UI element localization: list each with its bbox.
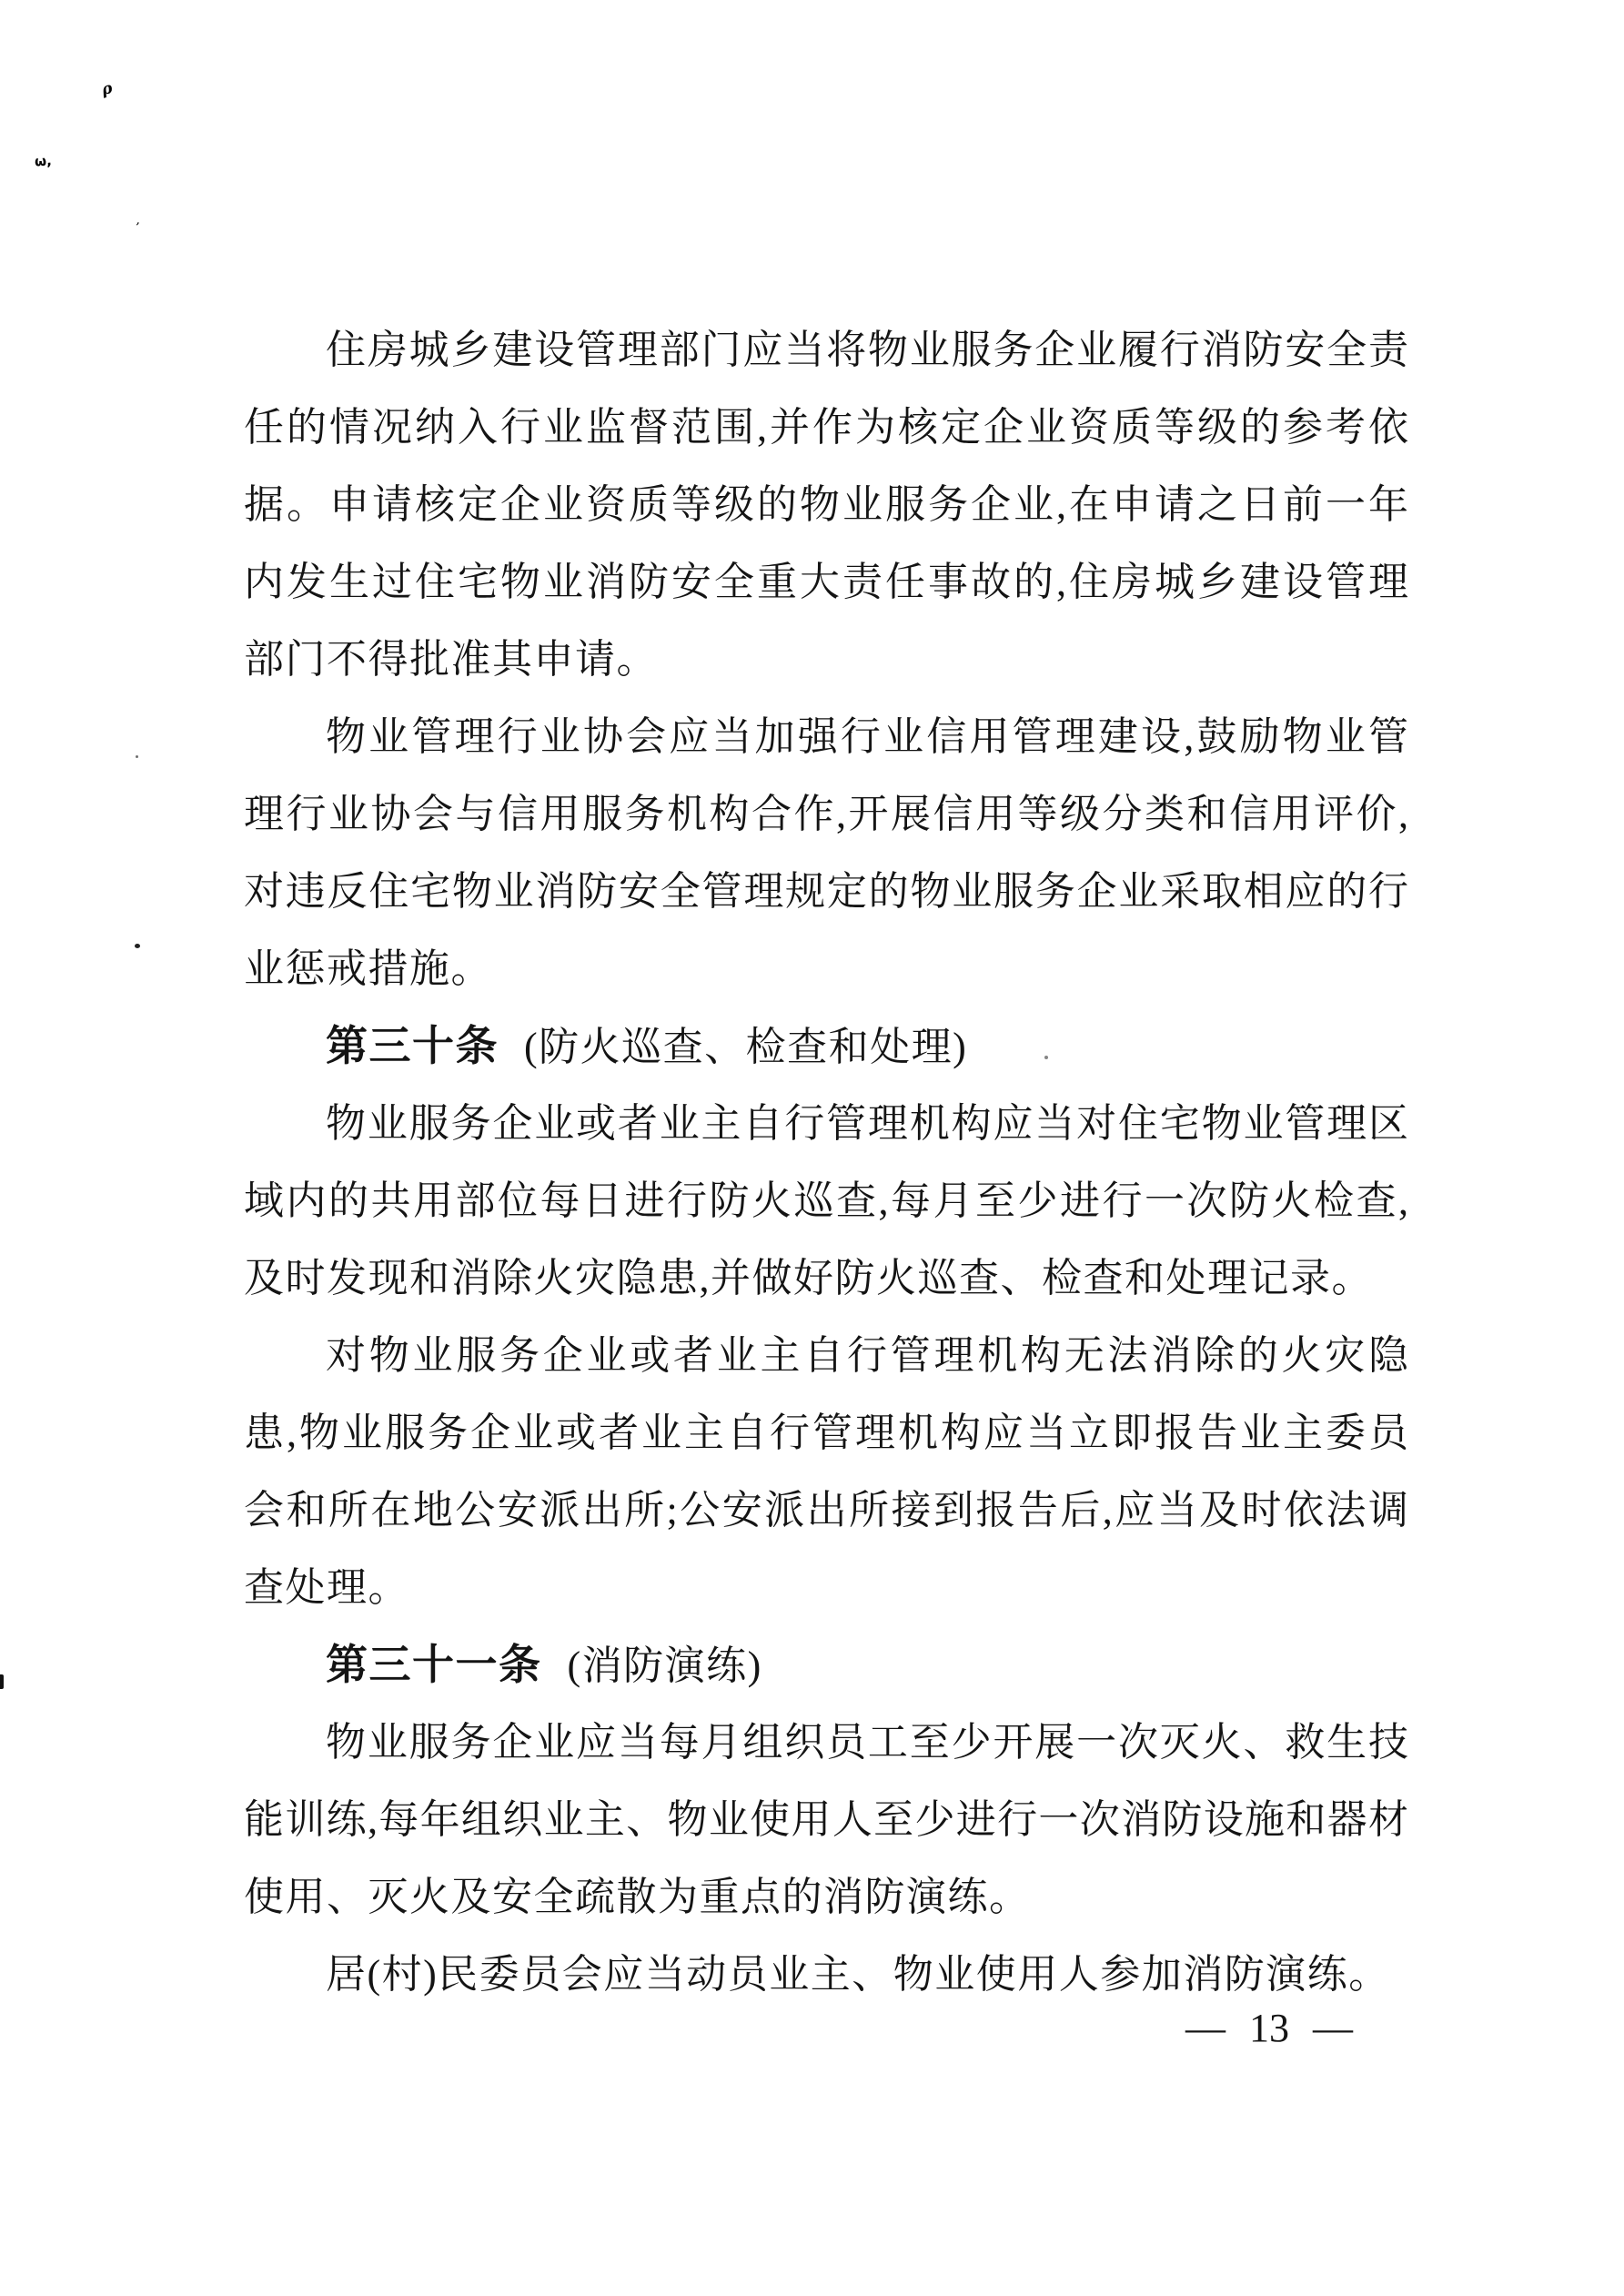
- article-subtitle: (消防演练): [568, 1644, 762, 1688]
- scan-speck: [135, 944, 140, 948]
- article-heading-31: 第三十一条(消防演练): [244, 1626, 1408, 1704]
- article-subtitle: (防火巡查、检查和处理): [524, 1025, 967, 1069]
- text-line: 患,物业服务企业或者业主自行管理机构应当立即报告业主委员: [244, 1394, 1408, 1472]
- text-line: 物业管理行业协会应当加强行业信用管理建设,鼓励物业管: [244, 698, 1408, 775]
- scanned-document-page: { "page": { "background": "#ffffff", "te…: [0, 0, 1624, 2296]
- text-line: 部门不得批准其申请。: [244, 621, 1408, 698]
- text-line: 会和所在地公安派出所;公安派出所接到报告后,应当及时依法调: [244, 1472, 1408, 1549]
- article-number: 第三十条: [326, 1022, 499, 1069]
- page-footer: — 13 —: [1185, 2000, 1353, 2055]
- text-line: 据。申请核定企业资质等级的物业服务企业,在申请之日前一年: [244, 466, 1408, 543]
- text-line: 查处理。: [244, 1549, 1408, 1626]
- text-line: 物业服务企业应当每月组织员工至少开展一次灭火、救生技: [244, 1704, 1408, 1781]
- text-line: 域内的共用部位每日进行防火巡查,每月至少进行一次防火检查,: [244, 1162, 1408, 1239]
- text-line: 能训练,每年组织业主、物业使用人至少进行一次消防设施和器材: [244, 1781, 1408, 1858]
- scan-speck: [136, 755, 138, 758]
- document-sheet: ρ ω, , 住房城乡建设管理部门应当将物业服务企业履行消防安全责 任的情况纳入…: [0, 0, 1624, 2296]
- text-line: 理行业协会与信用服务机构合作,开展信用等级分类和信用评价,: [244, 775, 1408, 853]
- text-line: 对物业服务企业或者业主自行管理机构无法消除的火灾隐: [244, 1317, 1408, 1394]
- text-line: 使用、灭火及安全疏散为重点的消防演练。: [244, 1858, 1408, 1936]
- text-line: 任的情况纳入行业监督范围,并作为核定企业资质等级的参考依: [244, 389, 1408, 466]
- text-line: 对违反住宅物业消防安全管理规定的物业服务企业采取相应的行: [244, 853, 1408, 930]
- footer-right-dash: —: [1313, 2005, 1353, 2051]
- article-number: 第三十一条: [326, 1641, 542, 1688]
- scan-ink-mark-squiggle: ω,: [34, 152, 52, 169]
- page-number: 13: [1249, 2005, 1289, 2051]
- text-line: 及时发现和消除火灾隐患,并做好防火巡查、检查和处理记录。: [244, 1239, 1408, 1317]
- scan-edge-mark: [0, 1674, 4, 1689]
- article-heading-30: 第三十条(防火巡查、检查和处理): [244, 1007, 1408, 1085]
- document-body: 住房城乡建设管理部门应当将物业服务企业履行消防安全责 任的情况纳入行业监督范围,…: [244, 311, 1408, 2013]
- scan-ink-mark-tick: ,: [136, 213, 142, 228]
- footer-left-dash: —: [1185, 2005, 1226, 2051]
- text-line: 住房城乡建设管理部门应当将物业服务企业履行消防安全责: [244, 311, 1408, 389]
- text-line: 物业服务企业或者业主自行管理机构应当对住宅物业管理区: [244, 1085, 1408, 1162]
- text-line: 内发生过住宅物业消防安全重大责任事故的,住房城乡建设管理: [244, 543, 1408, 621]
- text-line: 业惩戒措施。: [244, 930, 1408, 1007]
- scan-ink-mark-hook: ρ: [100, 79, 115, 99]
